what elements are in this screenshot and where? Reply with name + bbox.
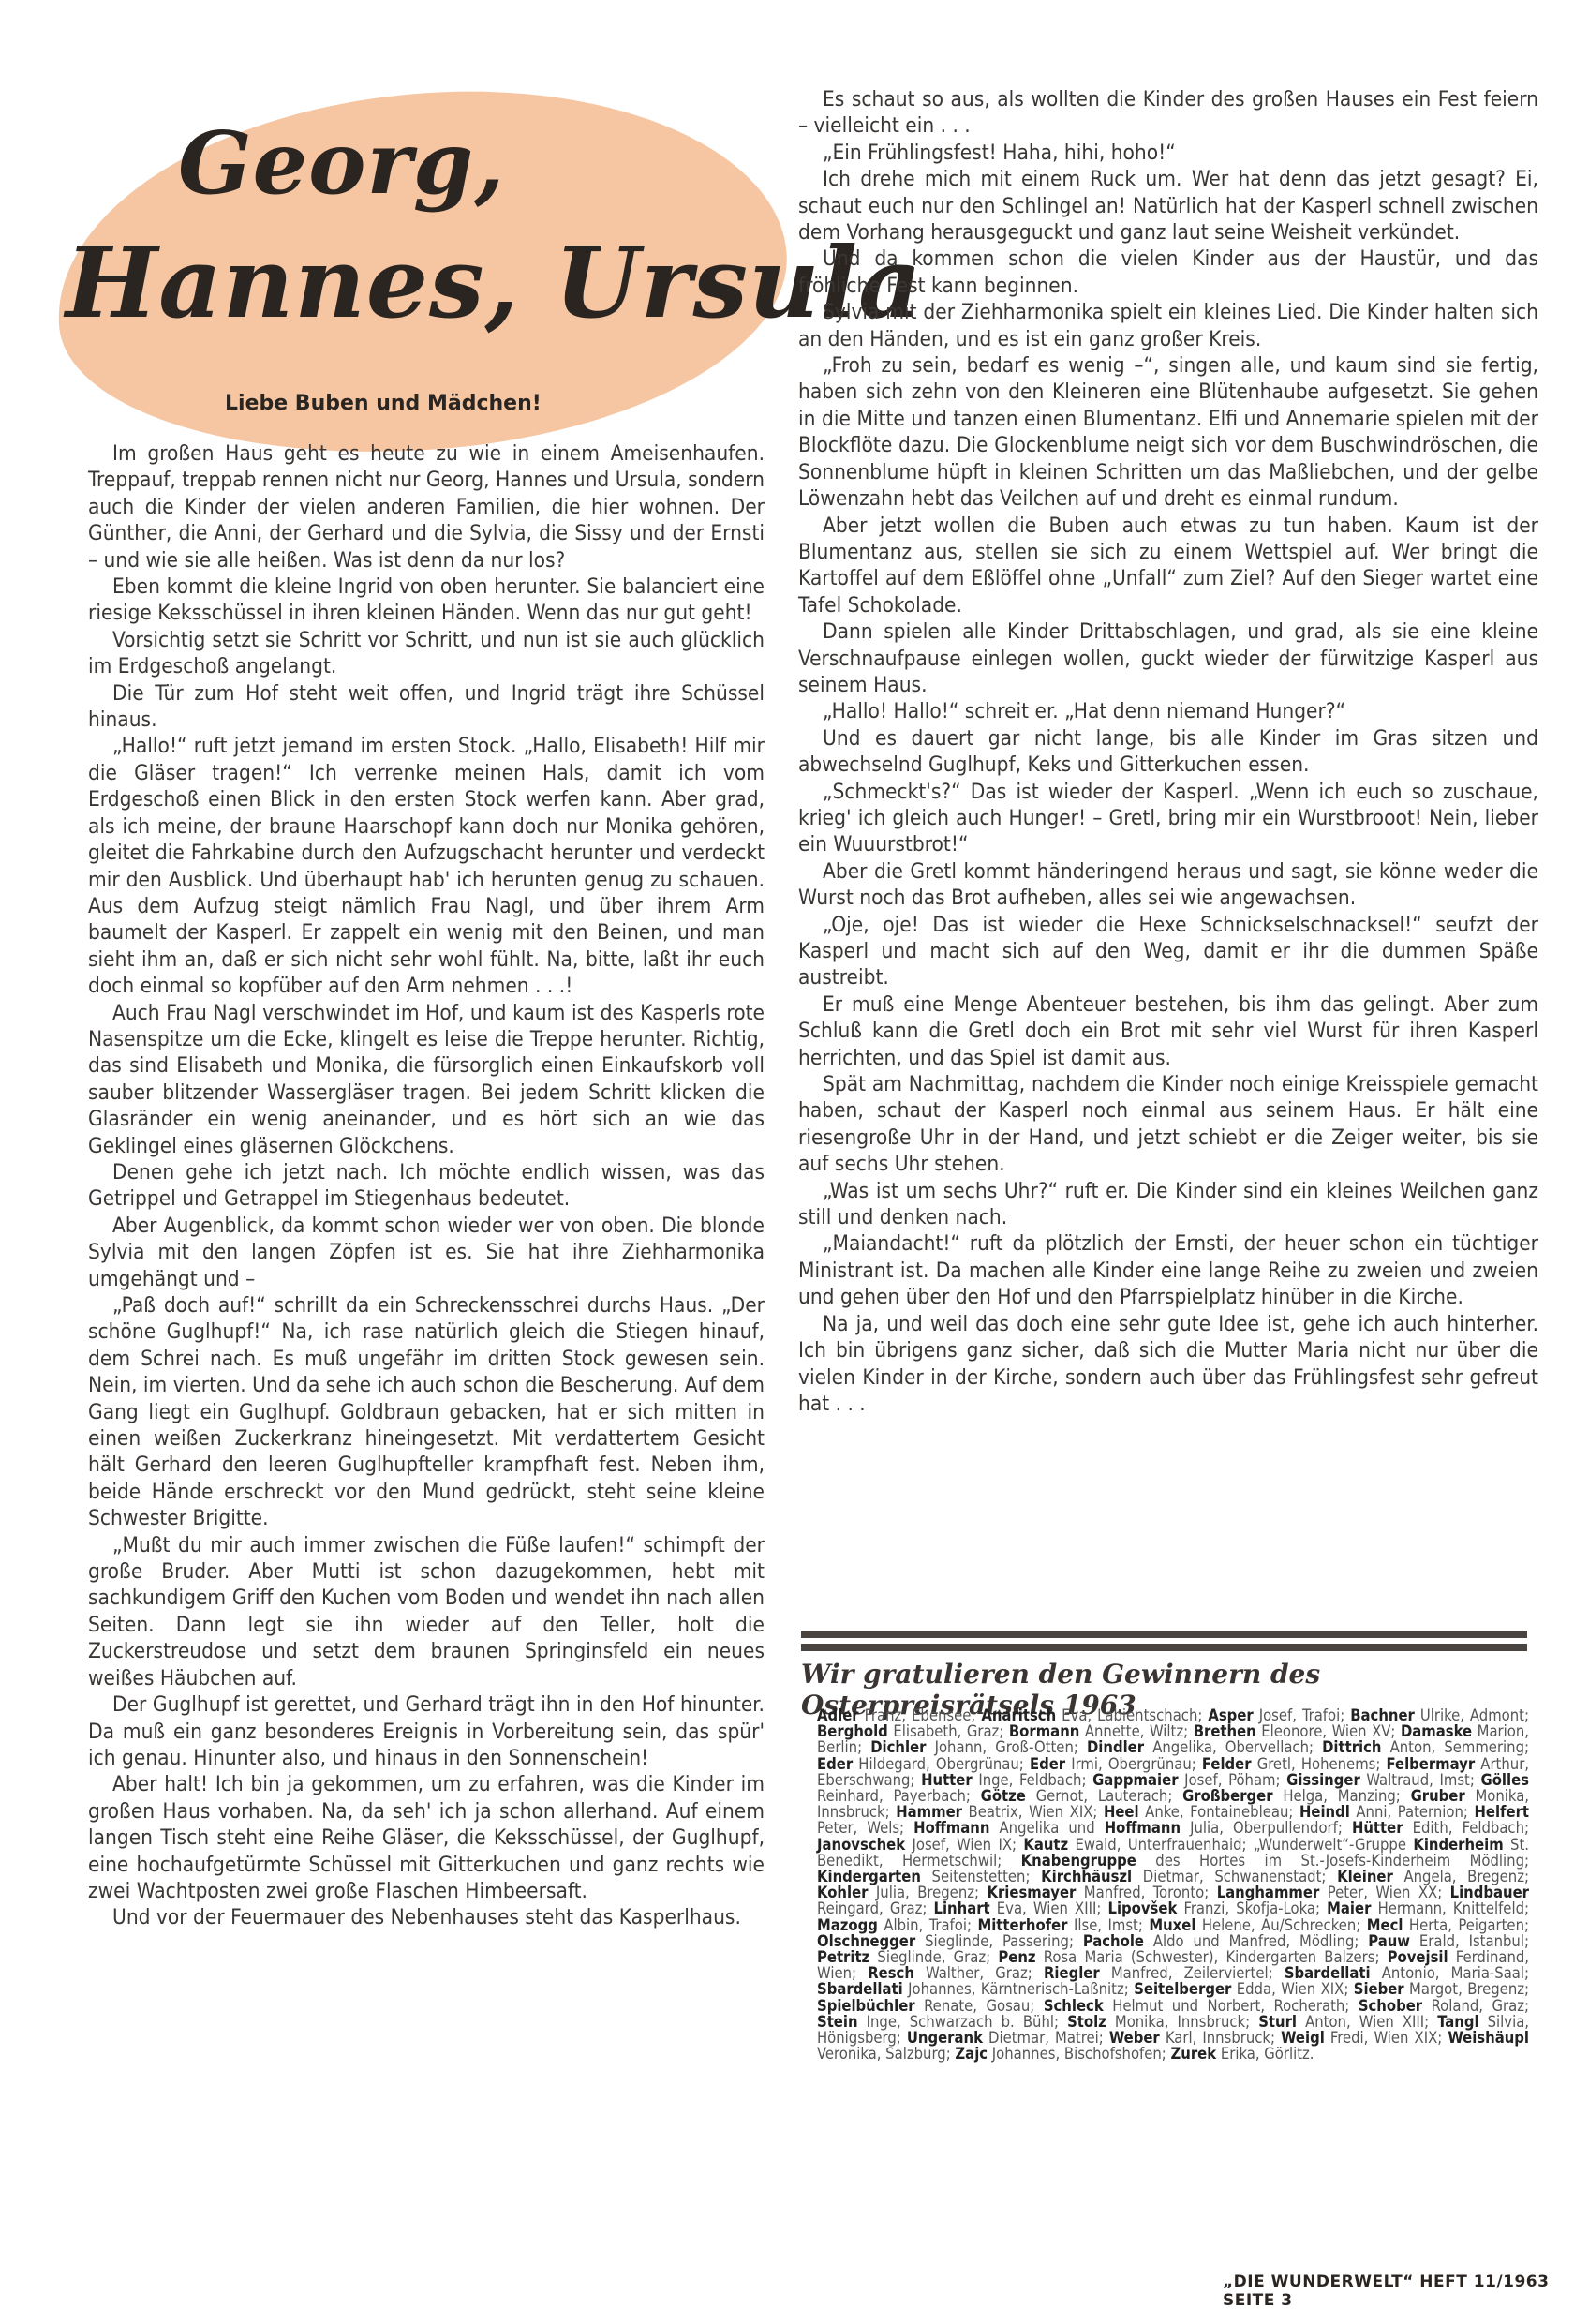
winner-surname: Sbardellati [1285,1964,1371,1982]
winner-details: Herta, Peigarten; [1403,1916,1529,1934]
winner-details: Gretl, Hohenems; [1252,1755,1387,1773]
winner-entry: Dichler Johann, Groß-Otten; [870,1738,1087,1756]
winner-surname: Langhammer [1217,1884,1320,1901]
winner-details: Albin, Trafoi; [878,1916,978,1934]
winner-surname: Seitelberger [1134,1980,1231,1998]
winner-surname: Janovschek [817,1836,905,1854]
winner-details: Eva, Wien XIII; [990,1899,1108,1917]
page-footer: „DIE WUNDERWELT“ HEFT 11/1963 SEITE 3 [1223,2272,1589,2310]
winner-entry: Janovschek Josef, Wien IX; [817,1836,1023,1854]
winner-entry: Zajc Johannes, Bischofshofen; [955,2045,1170,2063]
winner-surname: Linhart [934,1899,990,1917]
winner-entry: Heel Anke, Fontainebleau; [1104,1803,1299,1821]
winner-surname: Schober [1359,1997,1422,2015]
winner-details: Edith, Feldbach; [1403,1819,1529,1837]
winner-entry: Hammer Beatrix, Wien XIX; [896,1803,1104,1821]
story-paragraph: „Hallo!“ ruft jetzt jemand im ersten Sto… [88,733,765,999]
winner-surname: Tangl [1437,2013,1478,2031]
winner-details: Ulrike, Admont; [1415,1706,1529,1724]
winner-entry: Kohler Julia, Bregenz; [817,1884,987,1901]
winner-surname: Kirchhäuszl [1041,1868,1132,1885]
story-paragraph: Eben kommt die kleine Ingrid von oben he… [88,574,765,627]
winner-details: Johannes, Kärntnerisch-Laßnitz; [903,1980,1134,1998]
story-paragraph: Denen gehe ich jetzt nach. Ich möchte en… [88,1159,765,1213]
winner-details: Walther, Graz; [914,1964,1044,1982]
winner-entry: Gissinger Waltraud, Imst; [1286,1771,1480,1789]
winner-details: Dietmar, Schwanenstadt; [1132,1868,1337,1885]
title-line-1: Georg, [178,112,505,214]
winner-details: Julia, Oberpullendorf; [1181,1819,1352,1837]
winner-entry: Langhammer Peter, Wien XX; [1217,1884,1450,1901]
winner-entry: Weber Karl, Innsbruck; [1109,2029,1281,2047]
winner-details: Inge, Feldbach; [973,1771,1092,1789]
winner-surname: Kohler [817,1884,868,1901]
winner-details: Monika, Innsbruck; [1106,2013,1258,2031]
winner-surname: Eder [817,1755,853,1773]
winner-surname: Hammer [896,1803,962,1821]
winner-entry: Knabengruppe des Hortes im St.-Josefs-Ki… [1021,1852,1529,1870]
winner-details: Elisabeth, Graz; [888,1722,1009,1740]
story-paragraph: Na ja, und weil das doch eine sehr gute … [798,1311,1538,1418]
winner-entry: Sieber Margot, Bregenz; [1354,1980,1529,1998]
winner-entry: Kindergarten Seitenstetten; [817,1868,1041,1885]
story-paragraph: Spät am Nachmittag, nachdem die Kinder n… [798,1071,1538,1178]
winner-details: Annette, Wiltz; [1079,1722,1193,1740]
winner-details: Renate, Gosau; [915,1997,1044,2015]
winner-entry: Eder Irmi, Obergrünau; [1030,1755,1202,1773]
winner-details: Peter, Wien XX; [1319,1884,1449,1901]
winner-entry: Sbardellati Johannes, Kärntnerisch-Laßni… [817,1980,1134,1998]
winner-entry: Adler Franz, Ebensee; [817,1706,981,1724]
story-paragraph: „Oje, oje! Das ist wieder die Hexe Schni… [798,912,1538,991]
winner-surname: Eder [1030,1755,1065,1773]
winner-entry: Penz Rosa Maria (Schwester), Kindergarte… [998,1948,1387,1966]
winner-surname: Zurek [1171,2045,1217,2063]
winner-entry: Asper Josef, Trafoi; [1208,1706,1350,1724]
winner-entry: Stein Inge, Schwarzach b. Bühl; [817,2013,1067,2031]
winner-details: Angelika und [989,1819,1104,1837]
winner-details: Anton, Wien XIII; [1297,2013,1437,2031]
story-paragraph: Es schaut so aus, als wollten die Kinder… [798,86,1538,140]
winner-entry: Mecl Herta, Peigarten; [1367,1916,1529,1934]
winner-entry: Dittrich Anton, Semmering; [1322,1738,1529,1756]
winner-surname: Stolz [1067,2013,1106,2031]
story-paragraph: Er muß eine Menge Abenteuer bestehen, bi… [798,991,1538,1071]
winner-surname: Lipovšek [1108,1899,1178,1917]
winner-entry: Heindl Anni, Paternion; [1299,1803,1475,1821]
winner-details: Johann, Groß-Otten; [926,1738,1087,1756]
story-paragraph: „Paß doch auf!“ schrillt da ein Schrecke… [88,1292,765,1532]
story-paragraph: Und da kommen schon die vielen Kinder au… [798,246,1538,299]
winner-details: Inge, Schwarzach b. Bühl; [858,2013,1068,2031]
winner-entry: Petritz Sieglinde, Graz; [817,1948,998,1966]
story-paragraph: Auch Frau Nagl verschwindet im Hof, und … [88,1000,765,1159]
winner-surname: Muxel [1149,1916,1195,1934]
winner-details: Manfred, Toronto; [1076,1884,1216,1901]
winner-surname: Dichler [870,1738,926,1756]
winner-entry: Maier Hermann, Knittelfeld; [1327,1899,1529,1917]
winner-entry: Olschnegger Sieglinde, Passering; [817,1932,1083,1950]
winner-entry: Linhart Eva, Wien XIII; [934,1899,1108,1917]
winner-details: Manfred, Zeilerviertel; [1100,1964,1285,1982]
winners-list: Adler Franz, Ebensee; Anaritsch Eva, Lab… [817,1707,1529,2062]
winner-entry: Brethen Eleonore, Wien XV; [1194,1722,1401,1740]
winner-surname: Hoffmann [913,1819,989,1837]
winner-details: Angela, Bregenz; [1393,1868,1529,1885]
winner-surname: Bormann [1009,1722,1079,1740]
winner-surname: Felder [1202,1755,1252,1773]
winner-surname: Hoffmann [1105,1819,1181,1837]
story-paragraph: Aber jetzt wollen die Buben auch etwas z… [798,513,1538,619]
winner-surname: Dittrich [1322,1738,1381,1756]
winner-surname: Sturl [1258,2013,1297,2031]
winner-details: Peter, Wels; [817,1819,913,1837]
winner-entry: Sturl Anton, Wien XIII; [1258,2013,1437,2031]
winner-surname: Povejsil [1388,1948,1448,1966]
winner-surname: Großberger [1182,1787,1272,1805]
story-paragraph: Und es dauert gar nicht lange, bis alle … [798,725,1538,779]
winner-surname: Gölles [1481,1771,1529,1789]
winner-surname: Felbermayr [1387,1755,1476,1773]
winner-surname: Ungerank [907,2029,983,2047]
winner-entry: Anaritsch Eva, Labientschach; [981,1706,1208,1724]
winner-entry: Mazogg Albin, Trafoi; [817,1916,977,1934]
winner-entry: Mitterhofer Ilse, Imst; [977,1916,1149,1934]
winner-details: Irmi, Obergrünau; [1065,1755,1202,1773]
winner-entry: Pauw Erald, Istanbul; [1368,1932,1529,1950]
winner-details: Helga, Manzing; [1273,1787,1411,1805]
story-paragraph: Dann spielen alle Kinder Drittabschlagen… [798,618,1538,698]
winner-surname: Dindler [1087,1738,1144,1756]
winner-details: Waltraud, Imst; [1360,1771,1481,1789]
winner-details: Roland, Graz; [1422,1997,1529,2015]
winner-surname: Bachner [1350,1706,1415,1724]
winner-surname: Petritz [817,1948,869,1966]
winner-surname: Weigl [1281,2029,1325,2047]
winner-surname: Weishäupl [1448,2029,1529,2047]
winner-entry: Hoffmann Angelika und [913,1819,1105,1837]
winner-entry: Schober Roland, Graz; [1359,1997,1529,2015]
winner-surname: Penz [998,1948,1035,1966]
winner-surname: Knabengruppe [1021,1852,1136,1870]
winner-details: Reinhard, Payerbach; [817,1787,981,1805]
winner-details: Helene, Au/Schrecken; [1195,1916,1366,1934]
story-paragraph: Aber die Gretl kommt händeringend heraus… [798,858,1538,912]
winner-details: Gernot, Lauterach; [1026,1787,1182,1805]
winner-details: Edda, Wien XIX; [1231,1980,1353,1998]
story-paragraph: „Was ist um sechs Uhr?“ ruft er. Die Kin… [798,1178,1538,1231]
winner-details: Ewald, Unterfrauenhaid; „Wunderwelt“-Gru… [1068,1836,1413,1854]
winner-details: Anke, Fontainebleau; [1139,1803,1299,1821]
right-column-story: Es schaut so aus, als wollten die Kinder… [798,86,1538,1417]
winner-surname: Mazogg [817,1916,878,1934]
winner-details: Reingard, Graz; [817,1899,934,1917]
winner-entry: Stolz Monika, Innsbruck; [1067,2013,1258,2031]
winner-entry: Seitelberger Edda, Wien XIX; [1134,1980,1354,1998]
winner-entry: Großberger Helga, Manzing; [1182,1787,1410,1805]
winner-surname: Schleck [1044,1997,1104,2015]
winner-details: Hermann, Knittelfeld; [1371,1899,1529,1917]
winner-details: Eleonore, Wien XV; [1256,1722,1401,1740]
double-rule-top [801,1631,1527,1638]
story-paragraph: Und vor der Feuermauer des Nebenhauses s… [88,1904,765,1930]
winner-surname: Götze [981,1787,1026,1805]
story-paragraph: Vorsichtig setzt sie Schritt vor Schritt… [88,627,765,680]
story-paragraph: „Mußt du mir auch immer zwischen die Füß… [88,1532,765,1691]
winner-surname: Berghold [817,1722,888,1740]
winner-entry: Bormann Annette, Wiltz; [1009,1722,1194,1740]
winner-details: Josef, Pöham; [1179,1771,1287,1789]
title-line-2: Hannes, Ursula [66,225,923,340]
winner-details: Rosa Maria (Schwester), Kindergarten Bal… [1036,1948,1388,1966]
winner-details: Veronika, Salzburg; [817,2045,955,2063]
winner-surname: Damaske [1401,1722,1472,1740]
winner-details: Beatrix, Wien XIX; [962,1803,1104,1821]
winner-entry: Sbardellati Antonio, Maria-Saal; [1285,1964,1529,1982]
winner-details: Dietmar, Matrei; [983,2029,1109,2047]
winner-details: Fredi, Wien XIX; [1325,2029,1448,2047]
winner-surname: Mecl [1367,1916,1403,1934]
story-paragraph: Sylvia mit der Ziehharmonika spielt ein … [798,299,1538,352]
left-column-story: Im großen Haus geht es heute zu wie in e… [88,440,765,1931]
story-paragraph: „Hallo! Hallo!“ schreit er. „Hat denn ni… [798,698,1538,724]
winner-entry: Schleck Helmut und Norbert, Rocherath; [1044,1997,1359,2015]
winner-details: Angelika, Obervellach; [1144,1738,1322,1756]
winner-surname: Mitterhofer [977,1916,1067,1934]
winner-surname: Kleiner [1337,1868,1393,1885]
winner-surname: Stein [817,2013,858,2031]
winner-surname: Pachole [1083,1932,1144,1950]
winner-surname: Resch [868,1964,914,1982]
winner-details: Julia, Bregenz; [868,1884,987,1901]
winner-details: Hildegard, Obergrünau; [853,1755,1030,1773]
winner-surname: Gissinger [1286,1771,1360,1789]
story-paragraph: „Schmeckt's?“ Das ist wieder der Kasperl… [798,779,1538,858]
winner-entry: Ungerank Dietmar, Matrei; [907,2029,1109,2047]
winner-surname: Kindergarten [817,1868,921,1885]
winner-entry: Kleiner Angela, Bregenz; [1337,1868,1529,1885]
winner-surname: Helfert [1474,1803,1529,1821]
winner-entry: Götze Gernot, Lauterach; [981,1787,1182,1805]
winner-entry: Hoffmann Julia, Oberpullendorf; [1105,1819,1352,1837]
winner-surname: Sbardellati [817,1980,903,1998]
winner-surname: Asper [1208,1706,1253,1724]
winner-entry: Kirchhäuszl Dietmar, Schwanenstadt; [1041,1868,1337,1885]
winner-entry: Hütter Edith, Feldbach; [1352,1819,1529,1837]
story-paragraph: Ich drehe mich mit einem Ruck um. Wer ha… [798,166,1538,246]
winner-details: Josef, Trafoi; [1254,1706,1350,1724]
winner-details: Ilse, Imst; [1068,1916,1150,1934]
winner-surname: Zajc [955,2045,988,2063]
winner-details: Anni, Paternion; [1350,1803,1475,1821]
winner-surname: Heindl [1299,1803,1350,1821]
winner-details: Josef, Wien IX; [905,1836,1023,1854]
winner-surname: Gruber [1411,1787,1465,1805]
winner-surname: Anaritsch [981,1706,1056,1724]
winner-details: Seitenstetten; [921,1868,1041,1885]
winner-entry: Dindler Angelika, Obervellach; [1087,1738,1322,1756]
winner-surname: Sieber [1354,1980,1404,1998]
double-rule-bottom [801,1644,1527,1651]
story-paragraph: Die Tür zum Hof steht weit offen, und In… [88,680,765,734]
winner-surname: Maier [1327,1899,1371,1917]
winner-surname: Olschnegger [817,1932,915,1950]
winner-entry: Felder Gretl, Hohenems; [1202,1755,1387,1773]
greeting-heading: Liebe Buben und Mädchen! [225,392,542,415]
winner-surname: Kautz [1023,1836,1068,1854]
winner-entry: Gappmaier Josef, Pöham; [1092,1771,1286,1789]
story-paragraph: Der Guglhupf ist gerettet, und Gerhard t… [88,1691,765,1771]
winner-entry: Zurek Erika, Görlitz. [1171,2045,1314,2063]
winner-surname: Hutter [921,1771,973,1789]
winner-surname: Heel [1104,1803,1139,1821]
winner-details: Franzi, Skofja-Loka; [1177,1899,1327,1917]
winner-entry: Pachole Aldo und Manfred, Mödling; [1083,1932,1368,1950]
story-paragraph: „Froh zu sein, bedarf es wenig –“, singe… [798,352,1538,512]
story-paragraph: Im großen Haus geht es heute zu wie in e… [88,440,765,574]
winner-entry: Weigl Fredi, Wien XIX; [1281,2029,1448,2047]
winner-surname: Weber [1109,2029,1160,2047]
winner-details: Sieglinde, Passering; [915,1932,1083,1950]
winner-surname: Riegler [1044,1964,1100,1982]
winner-entry: Riegler Manfred, Zeilerviertel; [1044,1964,1285,1982]
winner-surname: Brethen [1194,1722,1256,1740]
winner-details: Anton, Semmering; [1382,1738,1530,1756]
story-paragraph: Aber Augenblick, da kommt schon wieder w… [88,1213,765,1292]
winner-surname: Lindbauer [1450,1884,1529,1901]
story-paragraph: „Maiandacht!“ ruft da plötzlich der Erns… [798,1230,1538,1310]
winner-surname: Hütter [1352,1819,1403,1837]
winner-entry: Muxel Helene, Au/Schrecken; [1149,1916,1366,1934]
winner-details: Johannes, Bischofshofen; [988,2045,1170,2063]
winner-entry: Kautz Ewald, Unterfrauenhaid; „Wunderwel… [1023,1836,1413,1854]
winner-details: Erald, Istanbul; [1410,1932,1529,1950]
winner-details: Eva, Labientschach; [1056,1706,1208,1724]
winner-details: Sieglinde, Graz; [869,1948,998,1966]
winner-entry: Eder Hildegard, Obergrünau; [817,1755,1030,1773]
winner-entry: Bachner Ulrike, Admont; [1350,1706,1529,1724]
winner-entry: Hutter Inge, Feldbach; [921,1771,1092,1789]
winner-details: Franz, Ebensee; [859,1706,982,1724]
magazine-page: Georg, Hannes, Ursula Liebe Buben und Mä… [0,0,1589,2324]
story-paragraph: Aber halt! Ich bin ja gekommen, um zu er… [88,1771,765,1904]
winner-details: Margot, Bregenz; [1404,1980,1529,1998]
winner-details: Karl, Innsbruck; [1160,2029,1281,2047]
winner-surname: Gappmaier [1092,1771,1178,1789]
winner-surname: Pauw [1368,1932,1410,1950]
winner-details: des Hortes im St.-Josefs-Kinderheim Mödl… [1136,1852,1529,1870]
winner-details: Helmut und Norbert, Rocherath; [1104,1997,1359,2015]
winner-surname: Kinderheim [1413,1836,1503,1854]
winner-entry: Lipovšek Franzi, Skofja-Loka; [1108,1899,1328,1917]
story-paragraph: „Ein Frühlingsfest! Haha, hihi, hoho!“ [798,140,1538,166]
winner-entry: Resch Walther, Graz; [868,1964,1044,1982]
winner-surname: Adler [817,1706,859,1724]
winner-details: Erika, Görlitz. [1216,2045,1314,2063]
winner-details: Antonio, Maria-Saal; [1371,1964,1529,1982]
winner-details: Aldo und Manfred, Mödling; [1144,1932,1368,1950]
winner-entry: Kriesmayer Manfred, Toronto; [987,1884,1216,1901]
winner-surname: Spielbüchler [817,1997,915,2015]
winner-entry: Berghold Elisabeth, Graz; [817,1722,1009,1740]
winner-surname: Kriesmayer [987,1884,1076,1901]
winner-entry: Spielbüchler Renate, Gosau; [817,1997,1044,2015]
